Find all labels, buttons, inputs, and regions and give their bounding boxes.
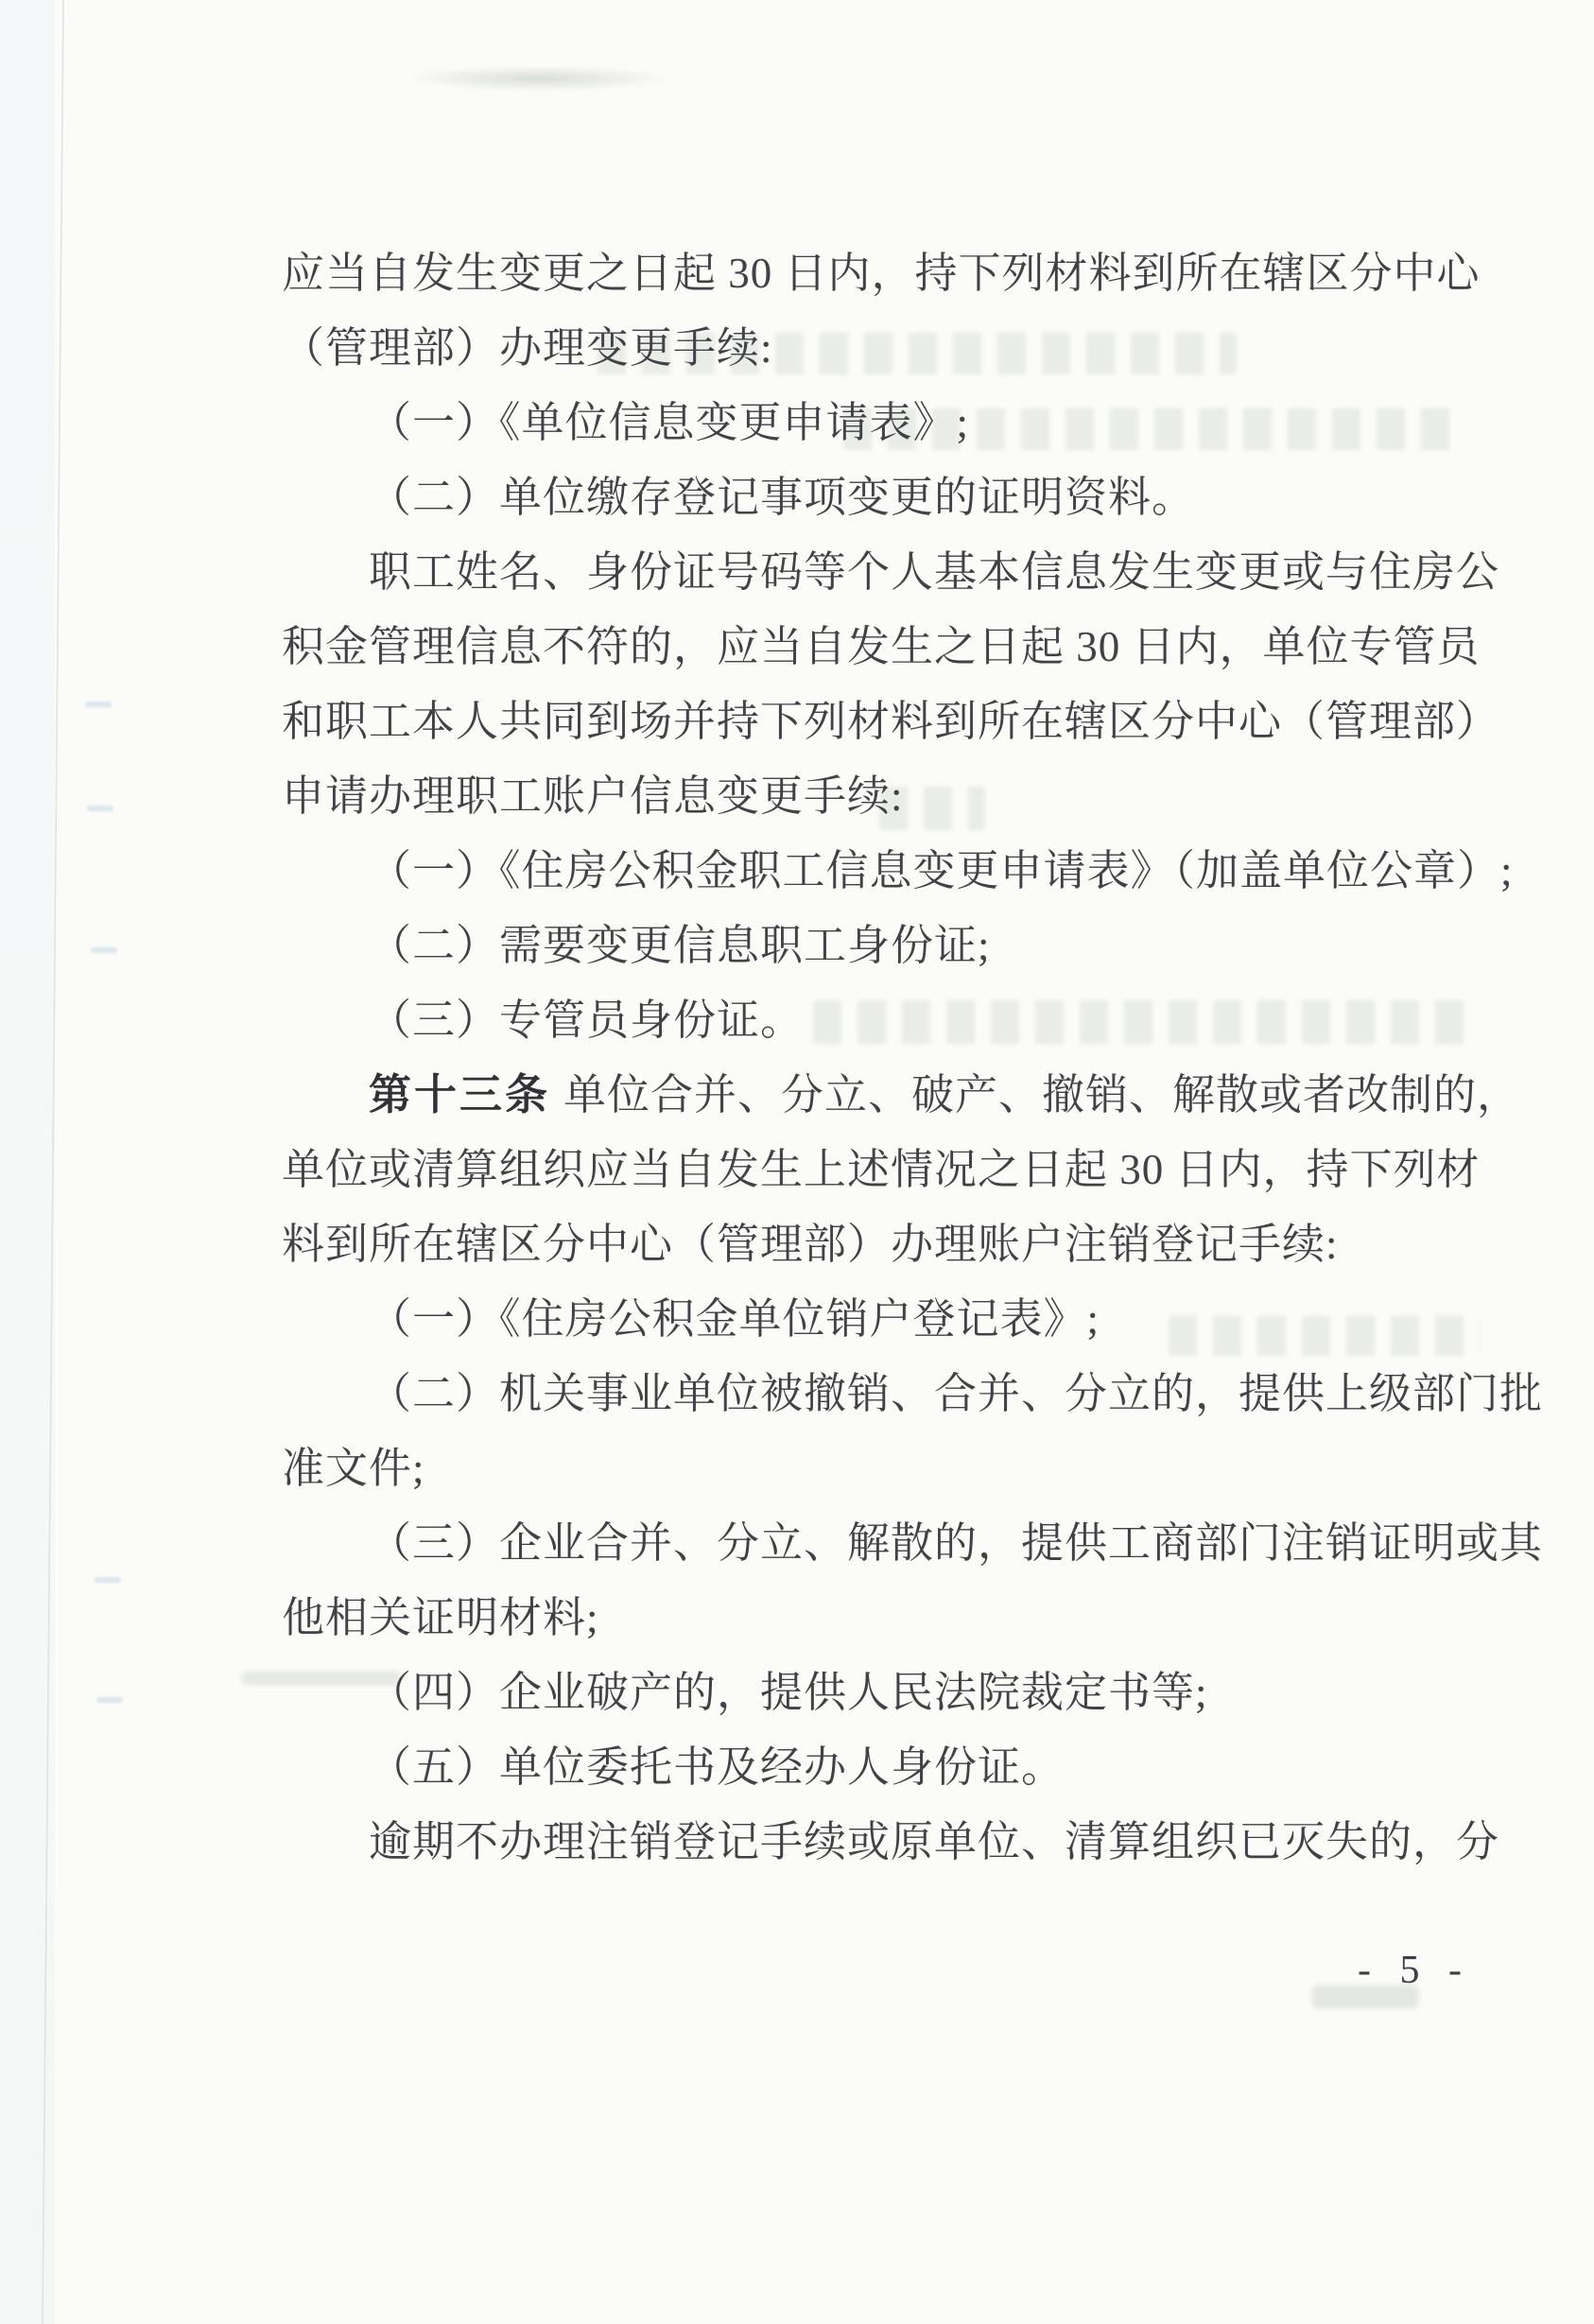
text-line: （五）单位委托书及经办人身份证。 xyxy=(282,1730,1468,1805)
text-line: 应当自发生变更之日起 30 日内，持下列材料到所在辖区分中心 xyxy=(282,236,1468,311)
text-line: （二）机关事业单位被撤销、合并、分立的，提供上级部门批 xyxy=(282,1357,1468,1431)
page-number: - 5 - xyxy=(1358,1948,1471,1993)
text-line: （二）单位缴存登记事项变更的证明资料。 xyxy=(282,460,1468,535)
article-number: 第十三条 xyxy=(369,1071,550,1119)
text-line: 他相关证明材料; xyxy=(282,1581,1468,1656)
text-line: （三）企业合并、分立、解散的，提供工商部门注销证明或其 xyxy=(282,1506,1468,1581)
text-line: 准文件; xyxy=(282,1431,1468,1506)
text-line: （管理部）办理变更手续: xyxy=(282,311,1468,386)
text-line: 料到所在辖区分中心（管理部）办理账户注销登记手续: xyxy=(282,1207,1468,1282)
text-line: 积金管理信息不符的，应当自发生之日起 30 日内，单位专管员 xyxy=(282,610,1468,685)
scan-artifact xyxy=(87,806,113,811)
text-line: 和职工本人共同到场并持下列材料到所在辖区分中心（管理部） xyxy=(282,685,1468,759)
text-line: 申请办理职工账户信息变更手续: xyxy=(282,759,1468,834)
text-line: （四）企业破产的，提供人民法院裁定书等; xyxy=(282,1656,1468,1730)
text-line: （二）需要变更信息职工身份证; xyxy=(282,909,1468,983)
text-line: （一）《单位信息变更申请表》; xyxy=(282,386,1468,460)
scan-artifact xyxy=(407,66,671,91)
article-body: 单位合并、分立、破产、撤销、解散或者改制的， xyxy=(563,1071,1520,1119)
document-page: 应当自发生变更之日起 30 日内，持下列材料到所在辖区分中心 （管理部）办理变更… xyxy=(0,0,1594,2324)
text-line: 逾期不办理注销登记手续或原单位、清算组织已灭失的，分 xyxy=(282,1805,1468,1880)
text-line: （一）《住房公积金职工信息变更申请表》（加盖单位公章）; xyxy=(282,834,1468,909)
text-line: （三）专管员身份证。 xyxy=(282,983,1468,1058)
text-line-article-heading: 第十三条单位合并、分立、破产、撤销、解散或者改制的， xyxy=(282,1058,1468,1133)
text-block: 应当自发生变更之日起 30 日内，持下列材料到所在辖区分中心 （管理部）办理变更… xyxy=(282,236,1468,1880)
scan-artifact xyxy=(85,702,112,707)
scan-artifact xyxy=(91,947,117,953)
scan-artifact xyxy=(96,1697,123,1703)
scan-left-margin xyxy=(0,0,55,2324)
scan-artifact xyxy=(95,1577,121,1583)
text-line: 职工姓名、身份证号码等个人基本信息发生变更或与住房公 xyxy=(282,535,1468,610)
text-line: （一）《住房公积金单位销户登记表》; xyxy=(282,1282,1468,1357)
text-line: 单位或清算组织应当自发生上述情况之日起 30 日内，持下列材 xyxy=(282,1133,1468,1207)
